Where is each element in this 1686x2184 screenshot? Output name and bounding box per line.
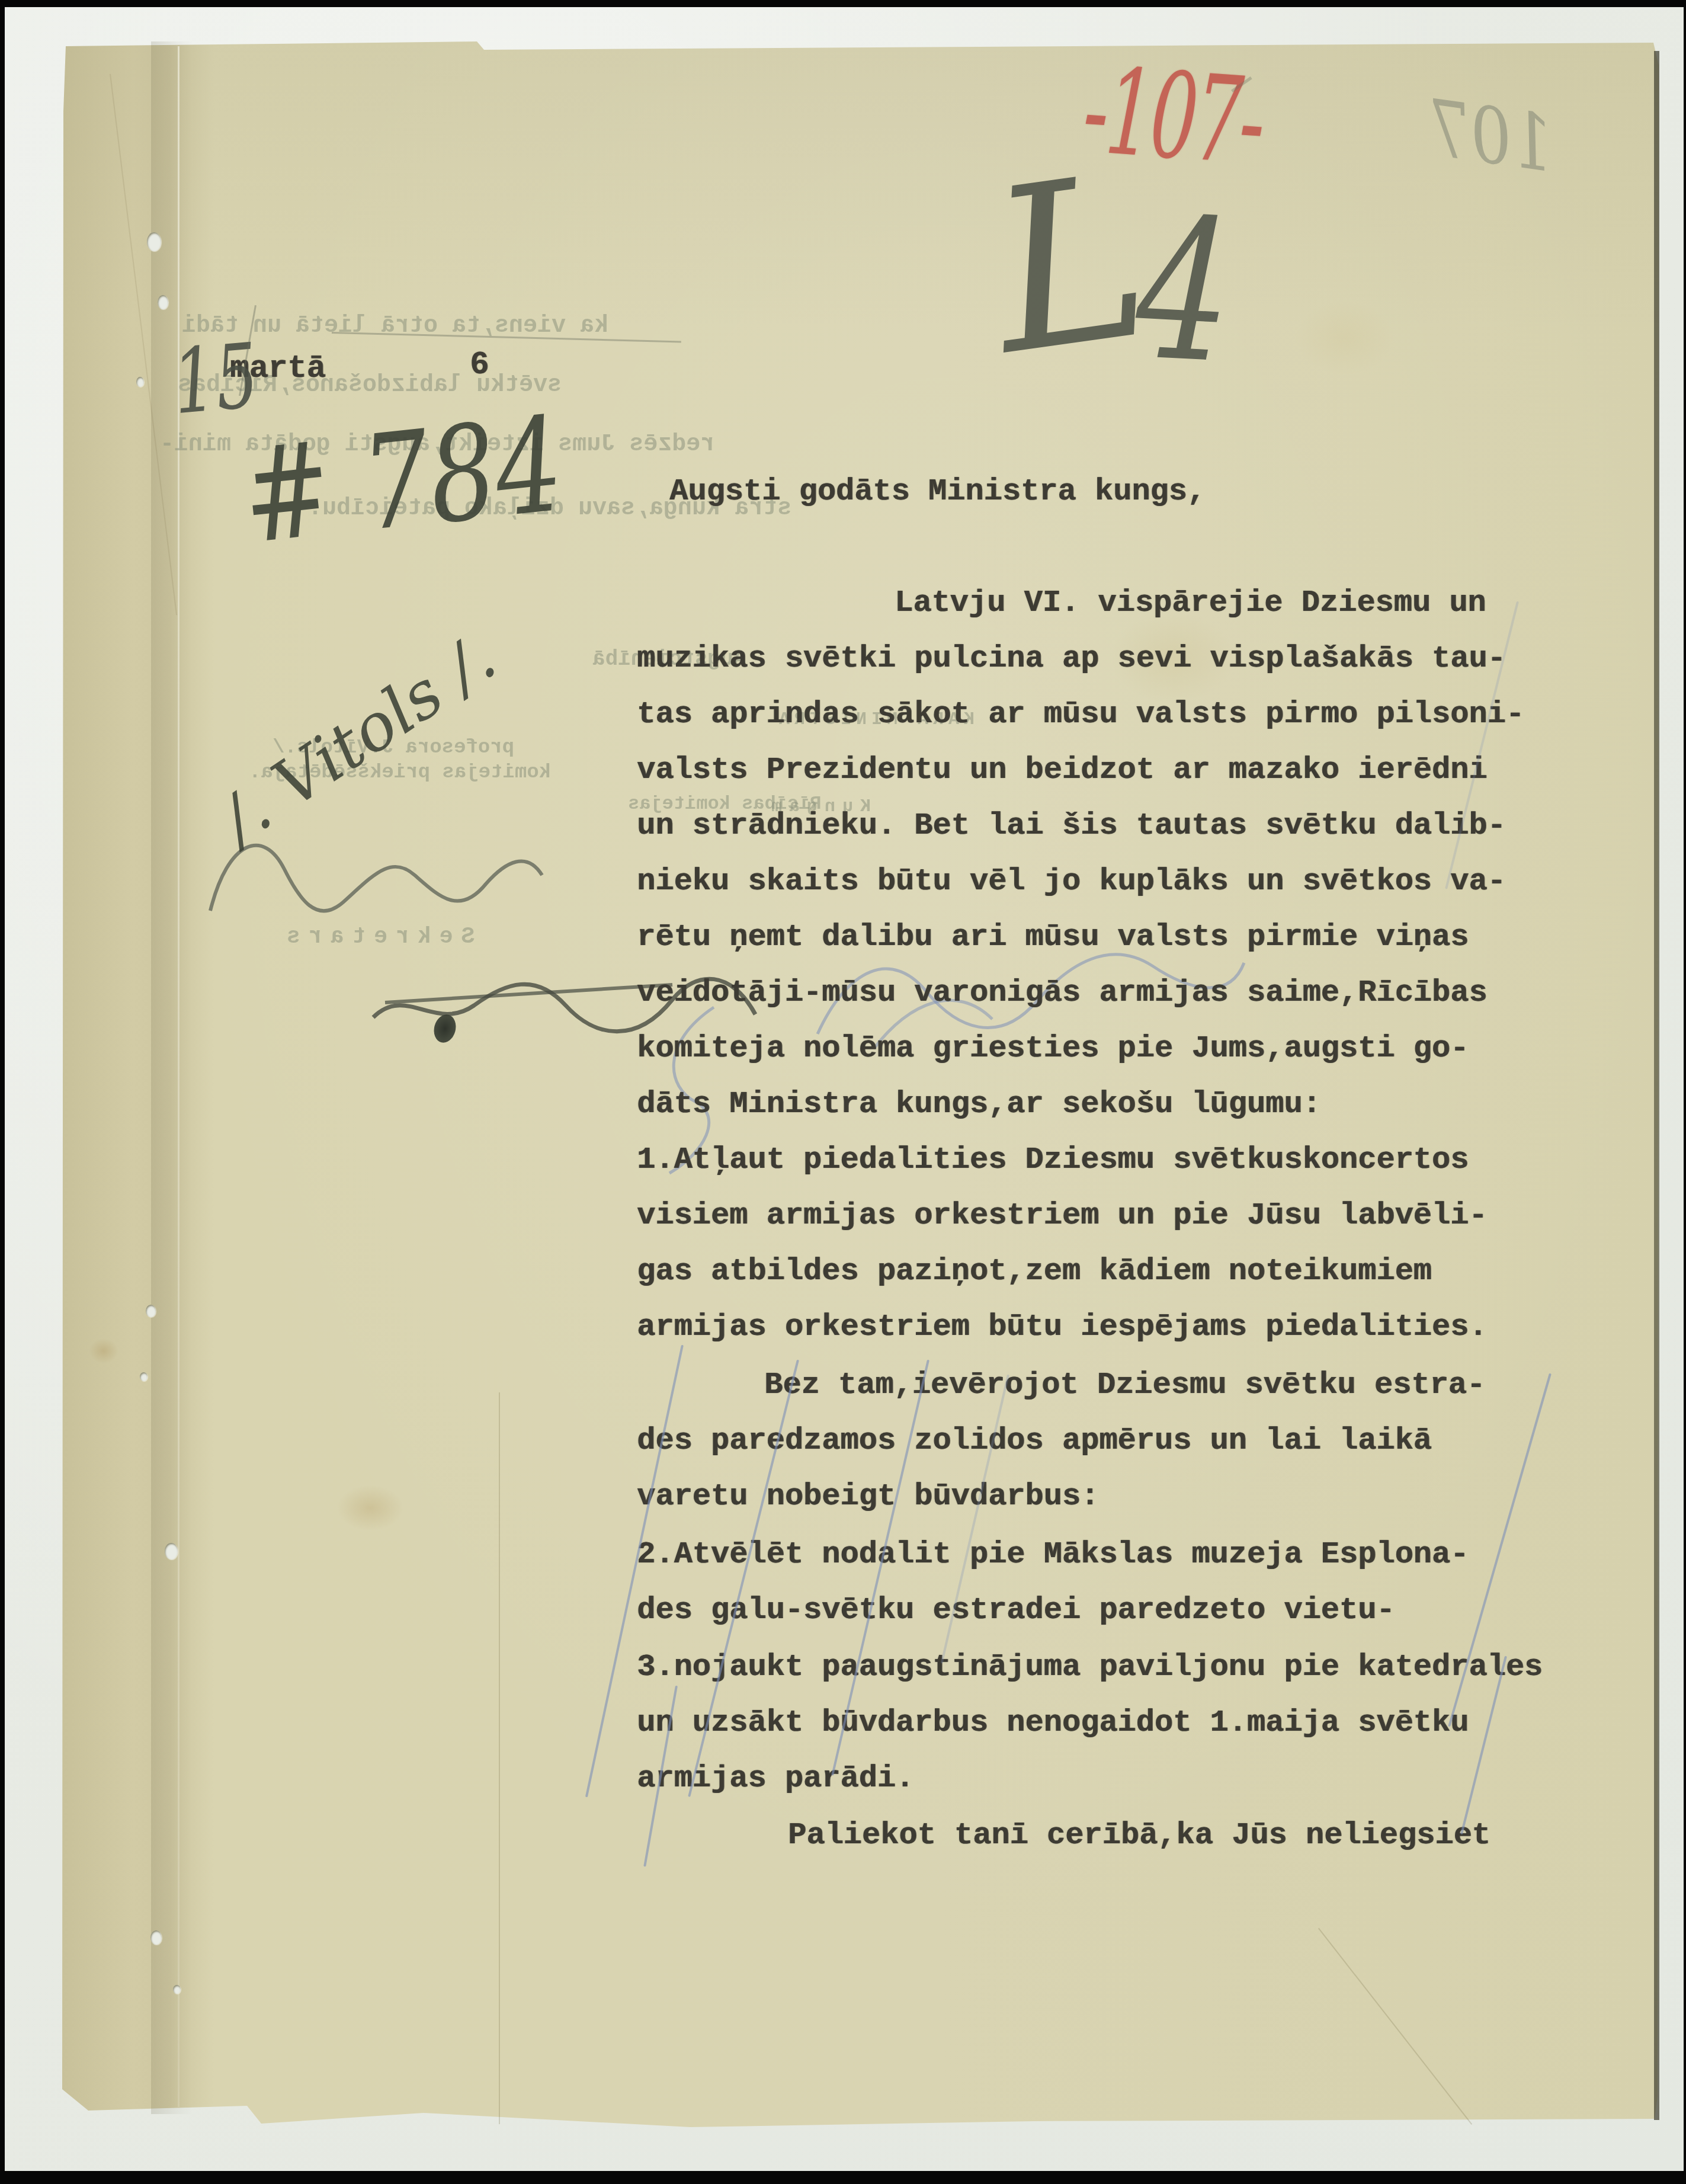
paper-hole: [165, 1543, 178, 1559]
paper-stain: [323, 1475, 418, 1541]
paper-hole: [147, 232, 161, 251]
paper-hole: [140, 1372, 148, 1381]
paper-hole: [158, 295, 168, 309]
paper-hole: [146, 1305, 156, 1317]
scanned-document-page: { "document": { "lines": [ "Augsti godāt…: [0, 0, 1686, 2184]
blue-pencil-scrawl: [803, 912, 1259, 1061]
paper-stain: [1084, 593, 1262, 723]
paper-right-edge-shadow: [1654, 51, 1659, 2120]
paper-hole: [150, 1930, 162, 1945]
paper-stain: [83, 1333, 124, 1369]
pencil-digit-mark: 4: [1132, 175, 1236, 407]
paper-hole: [173, 1985, 181, 1994]
paper-stain: [1274, 284, 1416, 391]
paper-hole: [136, 377, 144, 387]
date-number-typed: 6: [470, 347, 489, 383]
crease-line: [499, 1392, 500, 2124]
blue-pencil-loop: [634, 998, 735, 1182]
